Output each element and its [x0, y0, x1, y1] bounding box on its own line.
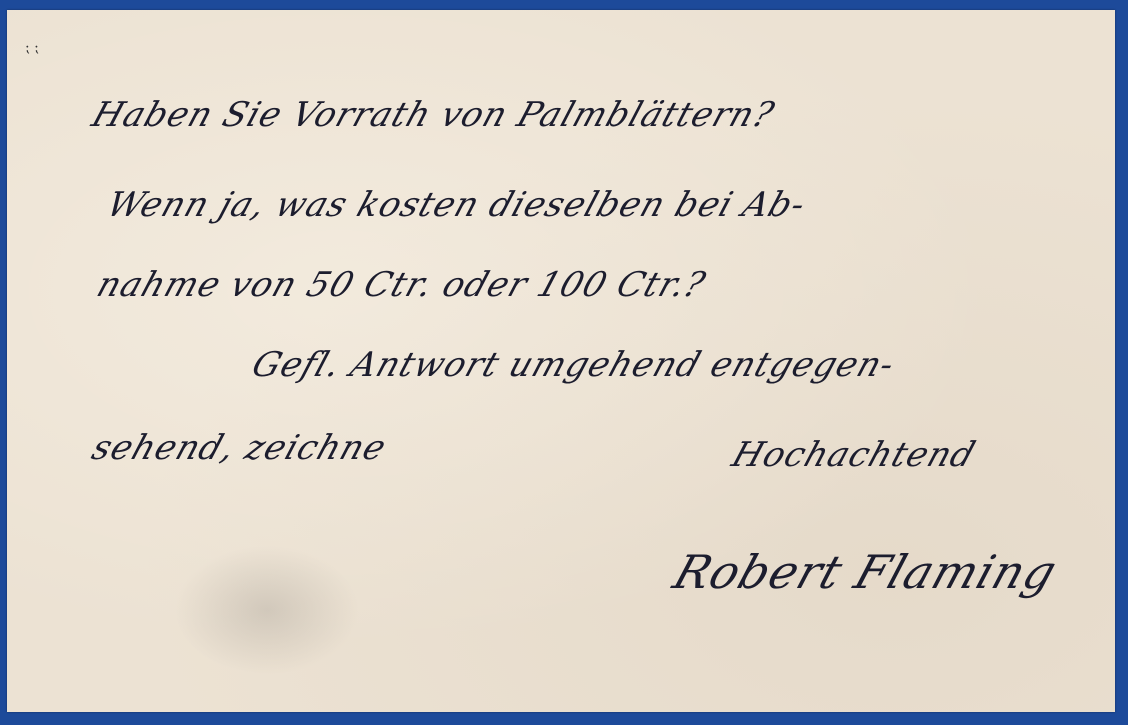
closing-salutation: Hochachtend [727, 435, 981, 475]
handwritten-line-3: nahme von 50 Ctr. oder 100 Ctr.? [92, 265, 711, 305]
handwritten-line-2: Wenn ja, was kosten dieselben bei Ab- [102, 185, 811, 225]
handwritten-line-1: Haben Sie Vorrath von Palmblättern? [87, 95, 780, 135]
postcard: ⁏ ⁏ Haben Sie Vorrath von Palmblättern? … [7, 10, 1115, 712]
handwritten-line-4: Gefl. Antwort umgehend entgegen- [247, 345, 900, 385]
ink-specks: ⁏ ⁏ [25, 40, 39, 56]
handwritten-line-5: sehend, zeichne [87, 428, 392, 468]
signature: Robert Flaming [667, 545, 1064, 599]
postmark-smudge [167, 540, 367, 680]
